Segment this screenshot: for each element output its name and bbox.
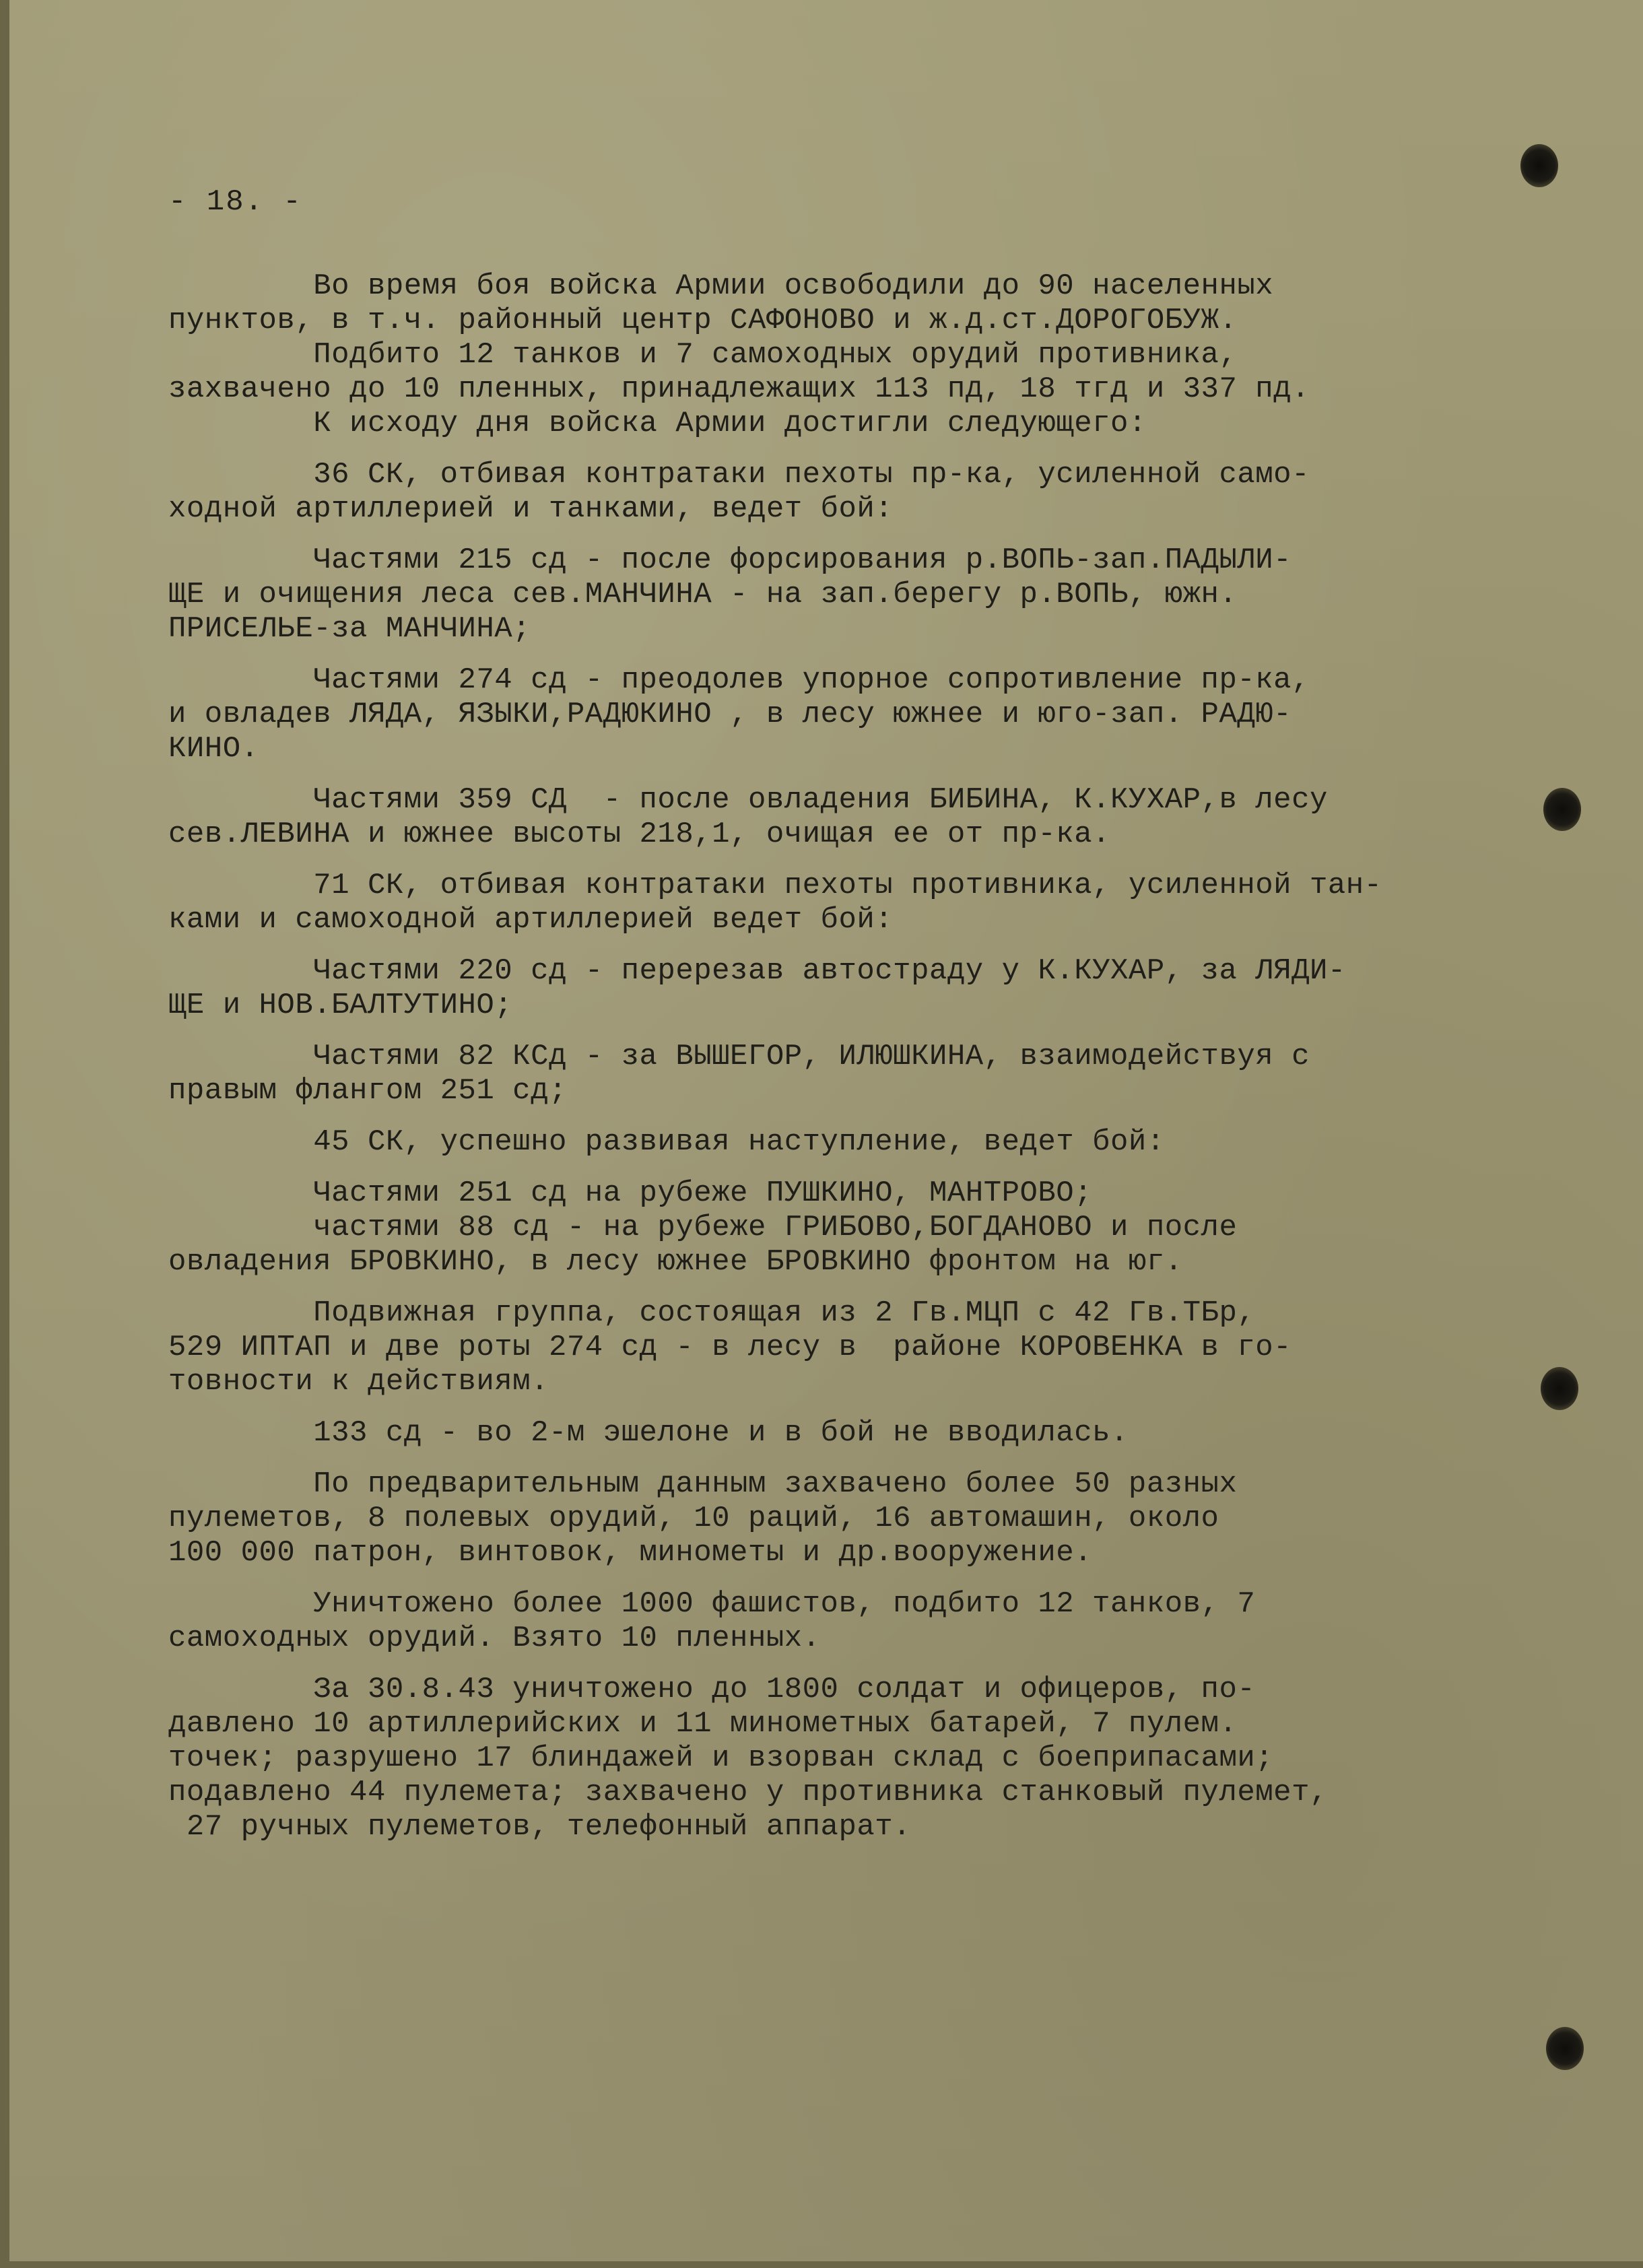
- paragraph: Частями 274 сд - преодолев упорное сопро…: [168, 663, 1488, 766]
- text-line: Частями 251 сд на рубеже ПУШКИНО, МАНТРО…: [168, 1176, 1488, 1211]
- text-line: 71 СК, отбивая контратаки пехоты противн…: [168, 869, 1488, 903]
- paragraph: Частями 220 сд - перерезав автостраду у …: [168, 954, 1488, 1023]
- text-line: Уничтожено более 1000 фашистов, подбито …: [168, 1587, 1488, 1622]
- binding-hole-icon: [1541, 1367, 1578, 1410]
- text-line: 45 СК, успешно развивая наступление, вед…: [168, 1125, 1488, 1160]
- page-edge: [0, 2261, 1643, 2268]
- paragraph-gap: [168, 1656, 1488, 1673]
- text-line: пунктов, в т.ч. районный центр САФОНОВО …: [168, 304, 1488, 338]
- text-line: Частями 220 сд - перерезав автостраду у …: [168, 954, 1488, 989]
- text-line: 36 СК, отбивая контратаки пехоты пр-ка, …: [168, 458, 1488, 492]
- paragraph-gap: [168, 527, 1488, 543]
- paragraph: Частями 359 СД - после овладения БИБИНА,…: [168, 783, 1488, 852]
- paragraph-gap: [168, 1023, 1488, 1040]
- text-line: захвачено до 10 пленных, принадлежащих 1…: [168, 372, 1488, 407]
- binding-hole-icon: [1546, 2027, 1584, 2070]
- paragraph: Во время боя войска Армии освободили до …: [168, 269, 1488, 441]
- text-line: ходной артиллерией и танками, ведет бой:: [168, 492, 1488, 527]
- paragraph-gap: [168, 766, 1488, 783]
- text-line: пулеметов, 8 полевых орудий, 10 раций, 1…: [168, 1502, 1488, 1536]
- text-line: давлено 10 артиллерийских и 11 минометны…: [168, 1707, 1488, 1741]
- text-line: самоходных орудий. Взято 10 пленных.: [168, 1622, 1488, 1656]
- text-line: подавлено 44 пулемета; захвачено у проти…: [168, 1776, 1488, 1810]
- text-line: овладения БРОВКИНО, в лесу южнее БРОВКИН…: [168, 1245, 1488, 1279]
- paragraph: 133 сд - во 2-м эшелоне и в бой не вводи…: [168, 1416, 1488, 1450]
- paragraph: 36 СК, отбивая контратаки пехоты пр-ка, …: [168, 458, 1488, 527]
- paragraph: Частями 251 сд на рубеже ПУШКИНО, МАНТРО…: [168, 1176, 1488, 1279]
- text-line: 133 сд - во 2-м эшелоне и в бой не вводи…: [168, 1416, 1488, 1450]
- page-number: - 18. -: [168, 185, 302, 219]
- paragraph: За 30.8.43 уничтожено до 1800 солдат и о…: [168, 1673, 1488, 1844]
- paragraph: По предварительным данным захвачено боле…: [168, 1467, 1488, 1570]
- text-line: 100 000 патрон, винтовок, минометы и др.…: [168, 1536, 1488, 1570]
- text-line: 27 ручных пулеметов, телефонный аппарат.: [168, 1810, 1488, 1844]
- text-line: Частями 359 СД - после овладения БИБИНА,…: [168, 783, 1488, 818]
- paragraph: 45 СК, успешно развивая наступление, вед…: [168, 1125, 1488, 1160]
- paragraph: Уничтожено более 1000 фашистов, подбито …: [168, 1587, 1488, 1656]
- document-body: Во время боя войска Армии освободили до …: [168, 269, 1488, 1861]
- text-line: ками и самоходной артиллерией ведет бой:: [168, 903, 1488, 937]
- paragraph-gap: [168, 1844, 1488, 1861]
- text-line: частями 88 сд - на рубеже ГРИБОВО,БОГДАН…: [168, 1211, 1488, 1245]
- text-line: 529 ИПТАП и две роты 274 сд - в лесу в р…: [168, 1331, 1488, 1365]
- paragraph-gap: [168, 1279, 1488, 1296]
- text-line: товности к действиям.: [168, 1365, 1488, 1399]
- paragraph: Частями 215 сд - после форсирования р.ВО…: [168, 543, 1488, 646]
- text-line: За 30.8.43 уничтожено до 1800 солдат и о…: [168, 1673, 1488, 1707]
- paragraph: 71 СК, отбивая контратаки пехоты противн…: [168, 869, 1488, 937]
- binding-hole-icon: [1543, 788, 1581, 831]
- text-line: и овладев ЛЯДА, ЯЗЫКИ,РАДЮКИНО , в лесу …: [168, 698, 1488, 732]
- text-line: Во время боя войска Армии освободили до …: [168, 269, 1488, 304]
- page-edge: [0, 0, 9, 2268]
- text-line: ЩЕ и НОВ.БАЛТУТИНО;: [168, 989, 1488, 1023]
- text-line: точек; разрушено 17 блиндажей и взорван …: [168, 1741, 1488, 1776]
- paragraph-gap: [168, 1108, 1488, 1125]
- text-line: Частями 274 сд - преодолев упорное сопро…: [168, 663, 1488, 698]
- text-line: К исходу дня войска Армии достигли следу…: [168, 407, 1488, 441]
- paragraph-gap: [168, 937, 1488, 954]
- text-line: Частями 82 КСд - за ВЫШЕГОР, ИЛЮШКИНА, в…: [168, 1040, 1488, 1074]
- text-line: правым флангом 251 сд;: [168, 1074, 1488, 1108]
- text-line: Частями 215 сд - после форсирования р.ВО…: [168, 543, 1488, 578]
- text-line: По предварительным данным захвачено боле…: [168, 1467, 1488, 1502]
- paragraph-gap: [168, 646, 1488, 663]
- paragraph: Подвижная группа, состоящая из 2 Гв.МЦП …: [168, 1296, 1488, 1399]
- text-line: сев.ЛЕВИНА и южнее высоты 218,1, очищая …: [168, 818, 1488, 852]
- paragraph-gap: [168, 1399, 1488, 1416]
- text-line: ПРИСЕЛЬЕ-за МАНЧИНА;: [168, 612, 1488, 646]
- paragraph-gap: [168, 1570, 1488, 1587]
- text-line: ЩЕ и очищения леса сев.МАНЧИНА - на зап.…: [168, 578, 1488, 612]
- text-line: КИНО.: [168, 732, 1488, 766]
- document-page: - 18. - Во время боя войска Армии освобо…: [0, 0, 1643, 2268]
- paragraph-gap: [168, 1160, 1488, 1176]
- text-line: Подбито 12 танков и 7 самоходных орудий …: [168, 338, 1488, 372]
- paragraph: Частями 82 КСд - за ВЫШЕГОР, ИЛЮШКИНА, в…: [168, 1040, 1488, 1108]
- paragraph-gap: [168, 441, 1488, 458]
- binding-hole-icon: [1520, 144, 1558, 187]
- paragraph-gap: [168, 852, 1488, 869]
- text-line: Подвижная группа, состоящая из 2 Гв.МЦП …: [168, 1296, 1488, 1331]
- paragraph-gap: [168, 1450, 1488, 1467]
